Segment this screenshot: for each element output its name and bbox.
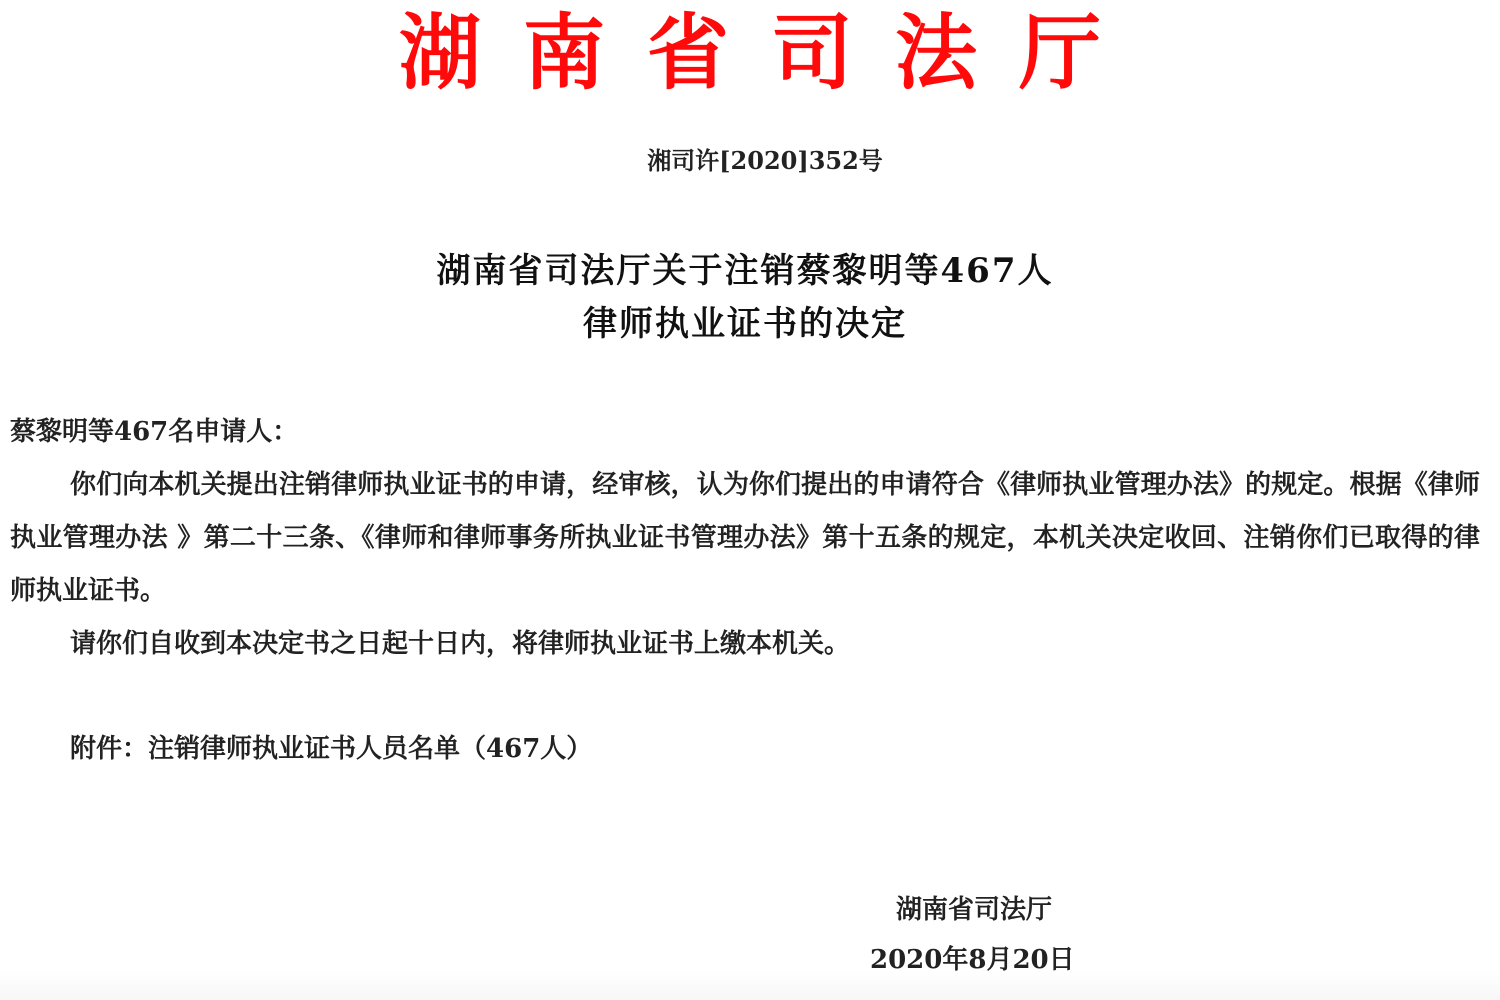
document-body: 蔡黎明等467名申请人： 你们向本机关提出注销律师执业证书的申请，经审核，认为你… bbox=[10, 406, 1480, 671]
issuer-banner: 湖南省司法厅 bbox=[0, 6, 1500, 102]
document-title: 湖南省司法厅关于注销蔡黎明等467人 律师执业证书的决定 bbox=[0, 245, 1490, 351]
title-line-1: 湖南省司法厅关于注销蔡黎明等467人 bbox=[0, 245, 1490, 298]
addressee: 蔡黎明等467名申请人： bbox=[10, 406, 1480, 459]
body-paragraph: 你们向本机关提出注销律师执业证书的申请，经审核，认为你们提出的申请符合《律师执业… bbox=[10, 459, 1480, 618]
document-page: 湖南省司法厅 湘司许[2020]352号 湖南省司法厅关于注销蔡黎明等467人 … bbox=[0, 0, 1500, 1000]
signature-block: 湖南省司法厅 2020年8月20日 bbox=[870, 885, 1075, 985]
body-paragraph: 请你们自收到本决定书之日起十日内，将律师执业证书上缴本机关。 bbox=[10, 618, 1480, 671]
document-number: 湘司许[2020]352号 bbox=[0, 143, 1500, 179]
signature-organization: 湖南省司法厅 bbox=[870, 885, 1075, 935]
attachment-text: 注销律师执业证书人员名单（467人） bbox=[148, 734, 592, 764]
title-line-2: 律师执业证书的决定 bbox=[0, 298, 1490, 351]
signature-date: 2020年8月20日 bbox=[870, 935, 1075, 985]
attachment-label: 附件： bbox=[70, 734, 148, 764]
attachment-note: 附件：注销律师执业证书人员名单（467人） bbox=[70, 723, 592, 776]
